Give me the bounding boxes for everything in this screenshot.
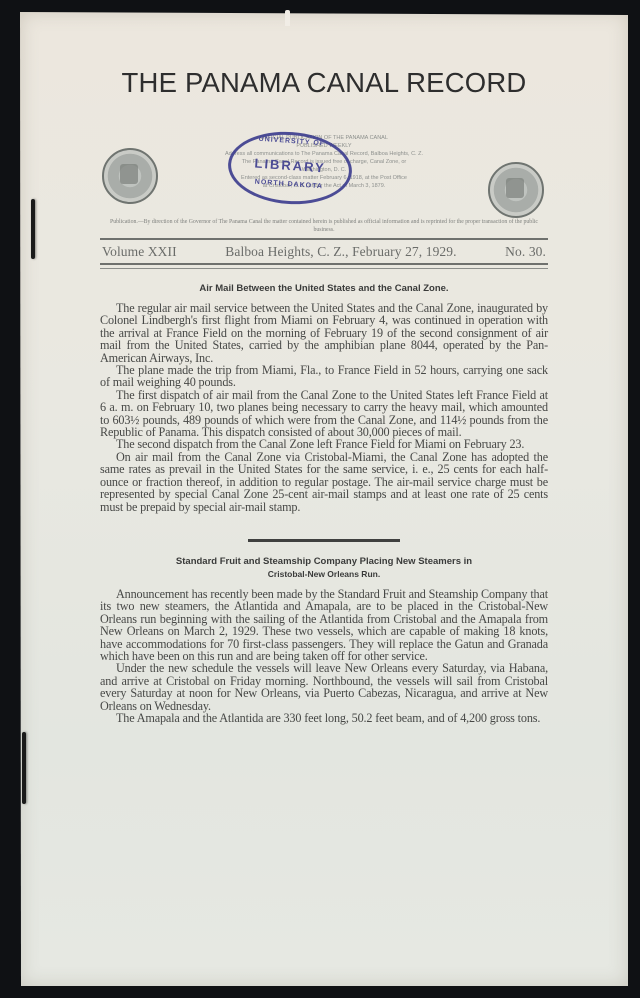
stamp-main-text: LIBRARY (231, 154, 350, 177)
volume-label: Volume XXII (102, 244, 177, 260)
article-paragraph: Under the new schedule the vessels will … (100, 662, 548, 712)
rule-bottom (100, 263, 548, 265)
article-title: Standard Fruit and Steamship Company Pla… (100, 556, 548, 580)
volume-line: Volume XXII Balboa Heights, C. Z., Febru… (100, 240, 548, 263)
article-paragraph: The Amapala and the Atlantida are 330 fe… (100, 712, 548, 724)
article-paragraph: The second dispatch from the Canal Zone … (100, 438, 548, 450)
section-divider (248, 539, 400, 542)
article-paragraph: The first dispatch of air mail from the … (100, 389, 548, 439)
seal-icon (102, 148, 158, 204)
article-paragraph: The regular air mail service between the… (100, 302, 548, 364)
staple-bottom (22, 732, 26, 804)
stamp-bottom-text: NORTH DAKOTA (230, 177, 348, 192)
article-title: Air Mail Between the United States and t… (100, 283, 548, 294)
staple-top (31, 199, 35, 259)
article-subtitle: Cristobal-New Orleans Run. (100, 568, 548, 580)
page-content: THE PANAMA CANAL RECORD OFFICIAL PUBLICA… (100, 68, 548, 724)
issue-number: No. 30. (505, 244, 546, 260)
rule-thin (100, 268, 548, 269)
place-date: Balboa Heights, C. Z., February 27, 1929… (225, 244, 456, 260)
masthead-title: THE PANAMA CANAL RECORD (100, 68, 548, 98)
article-title-line: Standard Fruit and Steamship Company Pla… (100, 556, 548, 568)
article-paragraph: The plane made the trip from Miami, Fla.… (100, 364, 548, 389)
article-paragraph: On air mail from the Canal Zone via Cris… (100, 451, 548, 513)
seal-icon (488, 162, 544, 218)
paper-tear (285, 10, 290, 26)
header-block: OFFICIAL PUBLICATION OF THE PANAMA CANAL… (100, 100, 548, 210)
publication-notice: Publication.—By direction of the Governo… (100, 218, 548, 234)
article-paragraph: Announcement has recently been made by t… (100, 588, 548, 662)
